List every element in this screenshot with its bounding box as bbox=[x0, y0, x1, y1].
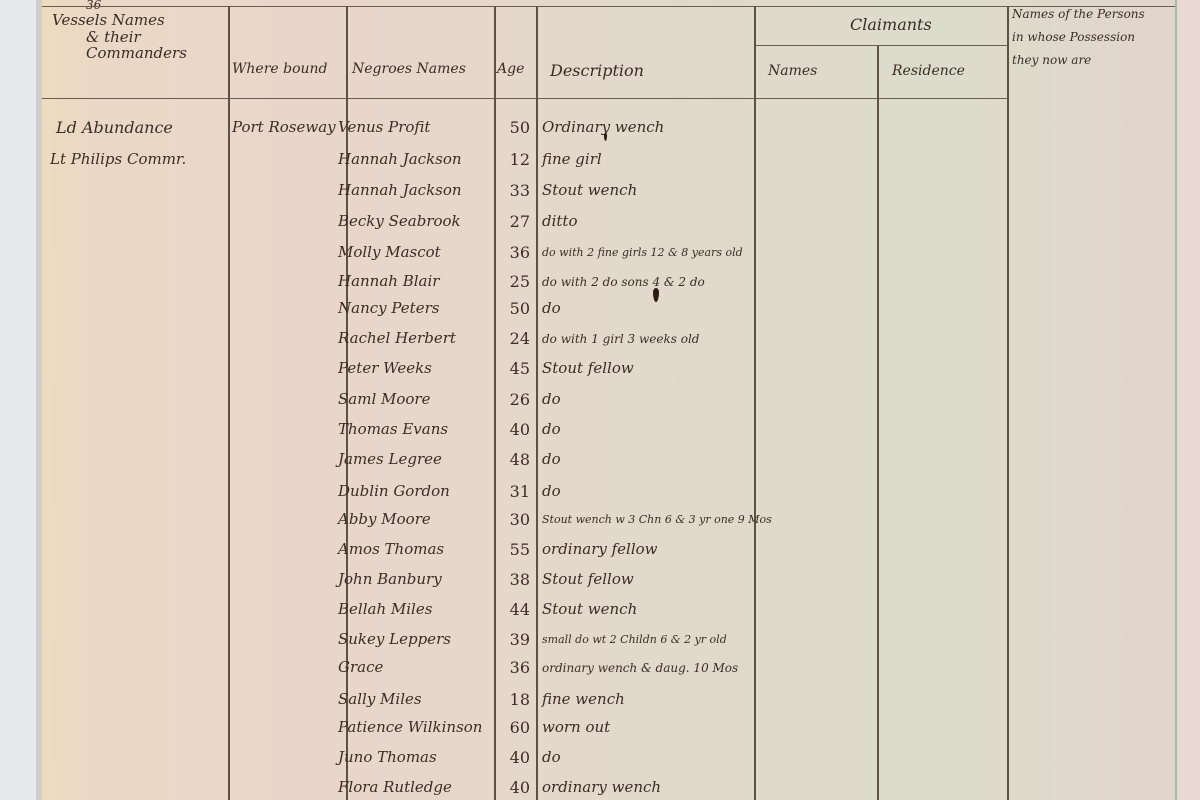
entry-description: do with 2 fine girls 12 & 8 years old bbox=[542, 246, 743, 259]
entry-name: Juno Thomas bbox=[338, 748, 437, 766]
entry-age: 50 bbox=[496, 118, 530, 137]
entry-age: 36 bbox=[496, 658, 530, 677]
header-possession-line2: in whose Possession bbox=[1012, 31, 1145, 44]
entry-age: 45 bbox=[496, 359, 530, 378]
entry-age: 55 bbox=[496, 540, 530, 559]
entry-description: small do wt 2 Childn 6 & 2 yr old bbox=[542, 633, 727, 646]
header-claimants: Claimants bbox=[850, 16, 932, 34]
entry-description: ordinary wench & daug. 10 Mos bbox=[542, 661, 738, 675]
ink-blot bbox=[604, 133, 607, 141]
entry-description: Ordinary wench bbox=[542, 118, 664, 136]
entry-age: 40 bbox=[496, 420, 530, 439]
page-edge-rule bbox=[1175, 0, 1177, 800]
entry-age: 40 bbox=[496, 778, 530, 797]
entry-description: do with 2 do sons 4 & 2 do bbox=[542, 275, 705, 289]
header-where-bound: Where bound bbox=[232, 62, 328, 77]
header-bottom-rule bbox=[42, 98, 1007, 99]
entry-description: do bbox=[542, 748, 561, 766]
entry-age: 50 bbox=[496, 299, 530, 318]
entry-name: Hannah Jackson bbox=[338, 150, 462, 168]
entry-name: Rachel Herbert bbox=[338, 329, 456, 347]
entry-name: Grace bbox=[338, 658, 383, 676]
entry-age: 48 bbox=[496, 450, 530, 469]
entry-age: 18 bbox=[496, 690, 530, 709]
vessel-commander: Lt Philips Commr. bbox=[50, 150, 186, 168]
entry-age: 26 bbox=[496, 390, 530, 409]
col-rule-4 bbox=[536, 6, 538, 800]
entry-age: 24 bbox=[496, 329, 530, 348]
entry-age: 27 bbox=[496, 212, 530, 231]
entry-age: 33 bbox=[496, 181, 530, 200]
header-description: Description bbox=[550, 62, 644, 80]
entry-name: Sally Miles bbox=[338, 690, 422, 708]
entry-description: do bbox=[542, 450, 561, 468]
entry-description: Stout wench bbox=[542, 600, 637, 618]
header-negroes-names: Negroes Names bbox=[352, 62, 466, 77]
ledger-page: 36 Vessels Names & their Commanders Wher… bbox=[42, 0, 1178, 800]
entry-description: ditto bbox=[542, 212, 578, 230]
entry-name: Abby Moore bbox=[338, 510, 431, 528]
entry-age: 38 bbox=[496, 570, 530, 589]
header-claimant-residence: Residence bbox=[892, 64, 965, 79]
entry-name: Becky Seabrook bbox=[338, 212, 461, 230]
entry-description: Stout fellow bbox=[542, 359, 634, 377]
entry-age: 60 bbox=[496, 718, 530, 737]
entry-description: do bbox=[542, 420, 561, 438]
entry-description: do with 1 girl 3 weeks old bbox=[542, 332, 699, 346]
entry-name: Molly Mascot bbox=[338, 243, 441, 261]
entry-name: Bellah Miles bbox=[338, 600, 432, 618]
header-vessels-line1: Vessels Names bbox=[52, 12, 187, 29]
entry-description: Stout wench w 3 Chn 6 & 3 yr one 9 Mos bbox=[542, 513, 772, 526]
vessel-name: Ld Abundance bbox=[56, 118, 173, 137]
entry-name: James Legree bbox=[338, 450, 442, 468]
entry-description: do bbox=[542, 299, 561, 317]
entry-description: ordinary wench bbox=[542, 778, 661, 796]
entry-age: 40 bbox=[496, 748, 530, 767]
entry-name: Saml Moore bbox=[338, 390, 430, 408]
col-rule-6 bbox=[877, 46, 879, 800]
entry-age: 39 bbox=[496, 630, 530, 649]
entry-age: 12 bbox=[496, 150, 530, 169]
header-possession-line3: they now are bbox=[1012, 54, 1145, 67]
col-rule-5 bbox=[754, 6, 756, 800]
entry-age: 25 bbox=[496, 272, 530, 291]
entry-age: 30 bbox=[496, 510, 530, 529]
header-vessels: Vessels Names & their Commanders bbox=[52, 12, 187, 62]
header-claimant-names: Names bbox=[768, 64, 817, 79]
header-possession: Names of the Persons in whose Possession… bbox=[1012, 8, 1145, 68]
entry-age: 44 bbox=[496, 600, 530, 619]
entry-description: fine girl bbox=[542, 150, 602, 168]
header-age: Age bbox=[497, 62, 524, 77]
entry-description: ordinary fellow bbox=[542, 540, 658, 558]
entry-name: Flora Rutledge bbox=[338, 778, 452, 796]
entry-name: Peter Weeks bbox=[338, 359, 432, 377]
entry-name: Hannah Jackson bbox=[338, 181, 462, 199]
entry-name: John Banbury bbox=[338, 570, 442, 588]
entry-name: Amos Thomas bbox=[338, 540, 444, 558]
header-possession-line1: Names of the Persons bbox=[1012, 8, 1145, 21]
col-rule-1 bbox=[228, 6, 230, 800]
entry-name: Hannah Blair bbox=[338, 272, 439, 290]
entry-name: Dublin Gordon bbox=[338, 482, 450, 500]
ink-blot bbox=[653, 288, 659, 302]
entry-description: Stout fellow bbox=[542, 570, 634, 588]
col-rule-7 bbox=[1007, 6, 1009, 800]
entry-name: Thomas Evans bbox=[338, 420, 448, 438]
entry-name: Nancy Peters bbox=[338, 299, 439, 317]
entry-name: Sukey Leppers bbox=[338, 630, 451, 648]
entry-description: do bbox=[542, 482, 561, 500]
header-vessels-line2: & their bbox=[52, 29, 187, 46]
entry-description: fine wench bbox=[542, 690, 625, 708]
entry-name: Venus Profit bbox=[338, 118, 430, 136]
entry-description: worn out bbox=[542, 718, 610, 736]
entry-description: do bbox=[542, 390, 561, 408]
entry-name: Patience Wilkinson bbox=[338, 718, 482, 736]
entry-description: Stout wench bbox=[542, 181, 637, 199]
page-edge bbox=[1176, 0, 1200, 800]
entry-age: 36 bbox=[496, 243, 530, 262]
where-bound-value: Port Roseway bbox=[232, 118, 336, 136]
claimants-subheader-rule bbox=[755, 45, 1007, 46]
header-vessels-line3: Commanders bbox=[52, 45, 187, 62]
entry-age: 31 bbox=[496, 482, 530, 501]
